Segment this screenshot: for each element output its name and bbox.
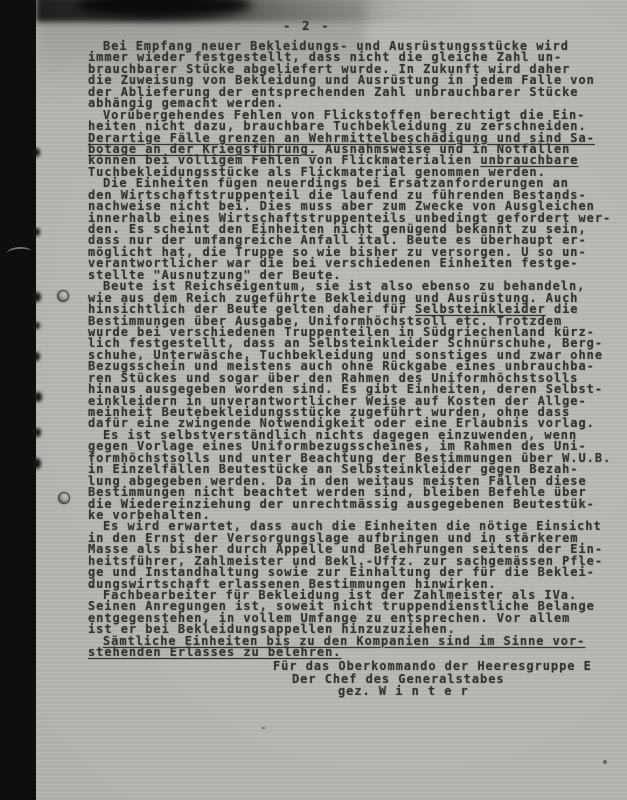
scanned-document: - 2 - Bei Empfang neuer Bekleidungs- und… [0, 0, 627, 800]
document-lines: Bei Empfang neuer Bekleidungs- und Ausrü… [88, 41, 622, 659]
edge-bump [33, 148, 40, 157]
text-line: stehenden Erlasses zu belehren. [88, 647, 622, 658]
punch-hole-top [57, 290, 69, 302]
scan-speck [262, 727, 265, 729]
edge-bump [34, 228, 40, 236]
signature-org: Für das Oberkommando der Heeresgruppe E [273, 660, 592, 673]
signature-block: Für das Oberkommando der Heeresgruppe E … [273, 660, 592, 698]
scan-speck [603, 760, 607, 764]
edge-bump [33, 352, 40, 361]
edge-bump [33, 458, 41, 469]
edge-bump [33, 292, 41, 302]
page-number: - 2 - [283, 18, 331, 33]
punch-hole-bottom [58, 492, 70, 504]
edge-bump [34, 392, 42, 402]
signature-name: gez. W i n t e r [338, 685, 592, 698]
underlined-text-segment: stehenden Erlasses zu belehren. [88, 645, 341, 659]
edge-bump [34, 322, 40, 329]
film-edge-mark [7, 246, 32, 258]
edge-bump [34, 428, 41, 437]
